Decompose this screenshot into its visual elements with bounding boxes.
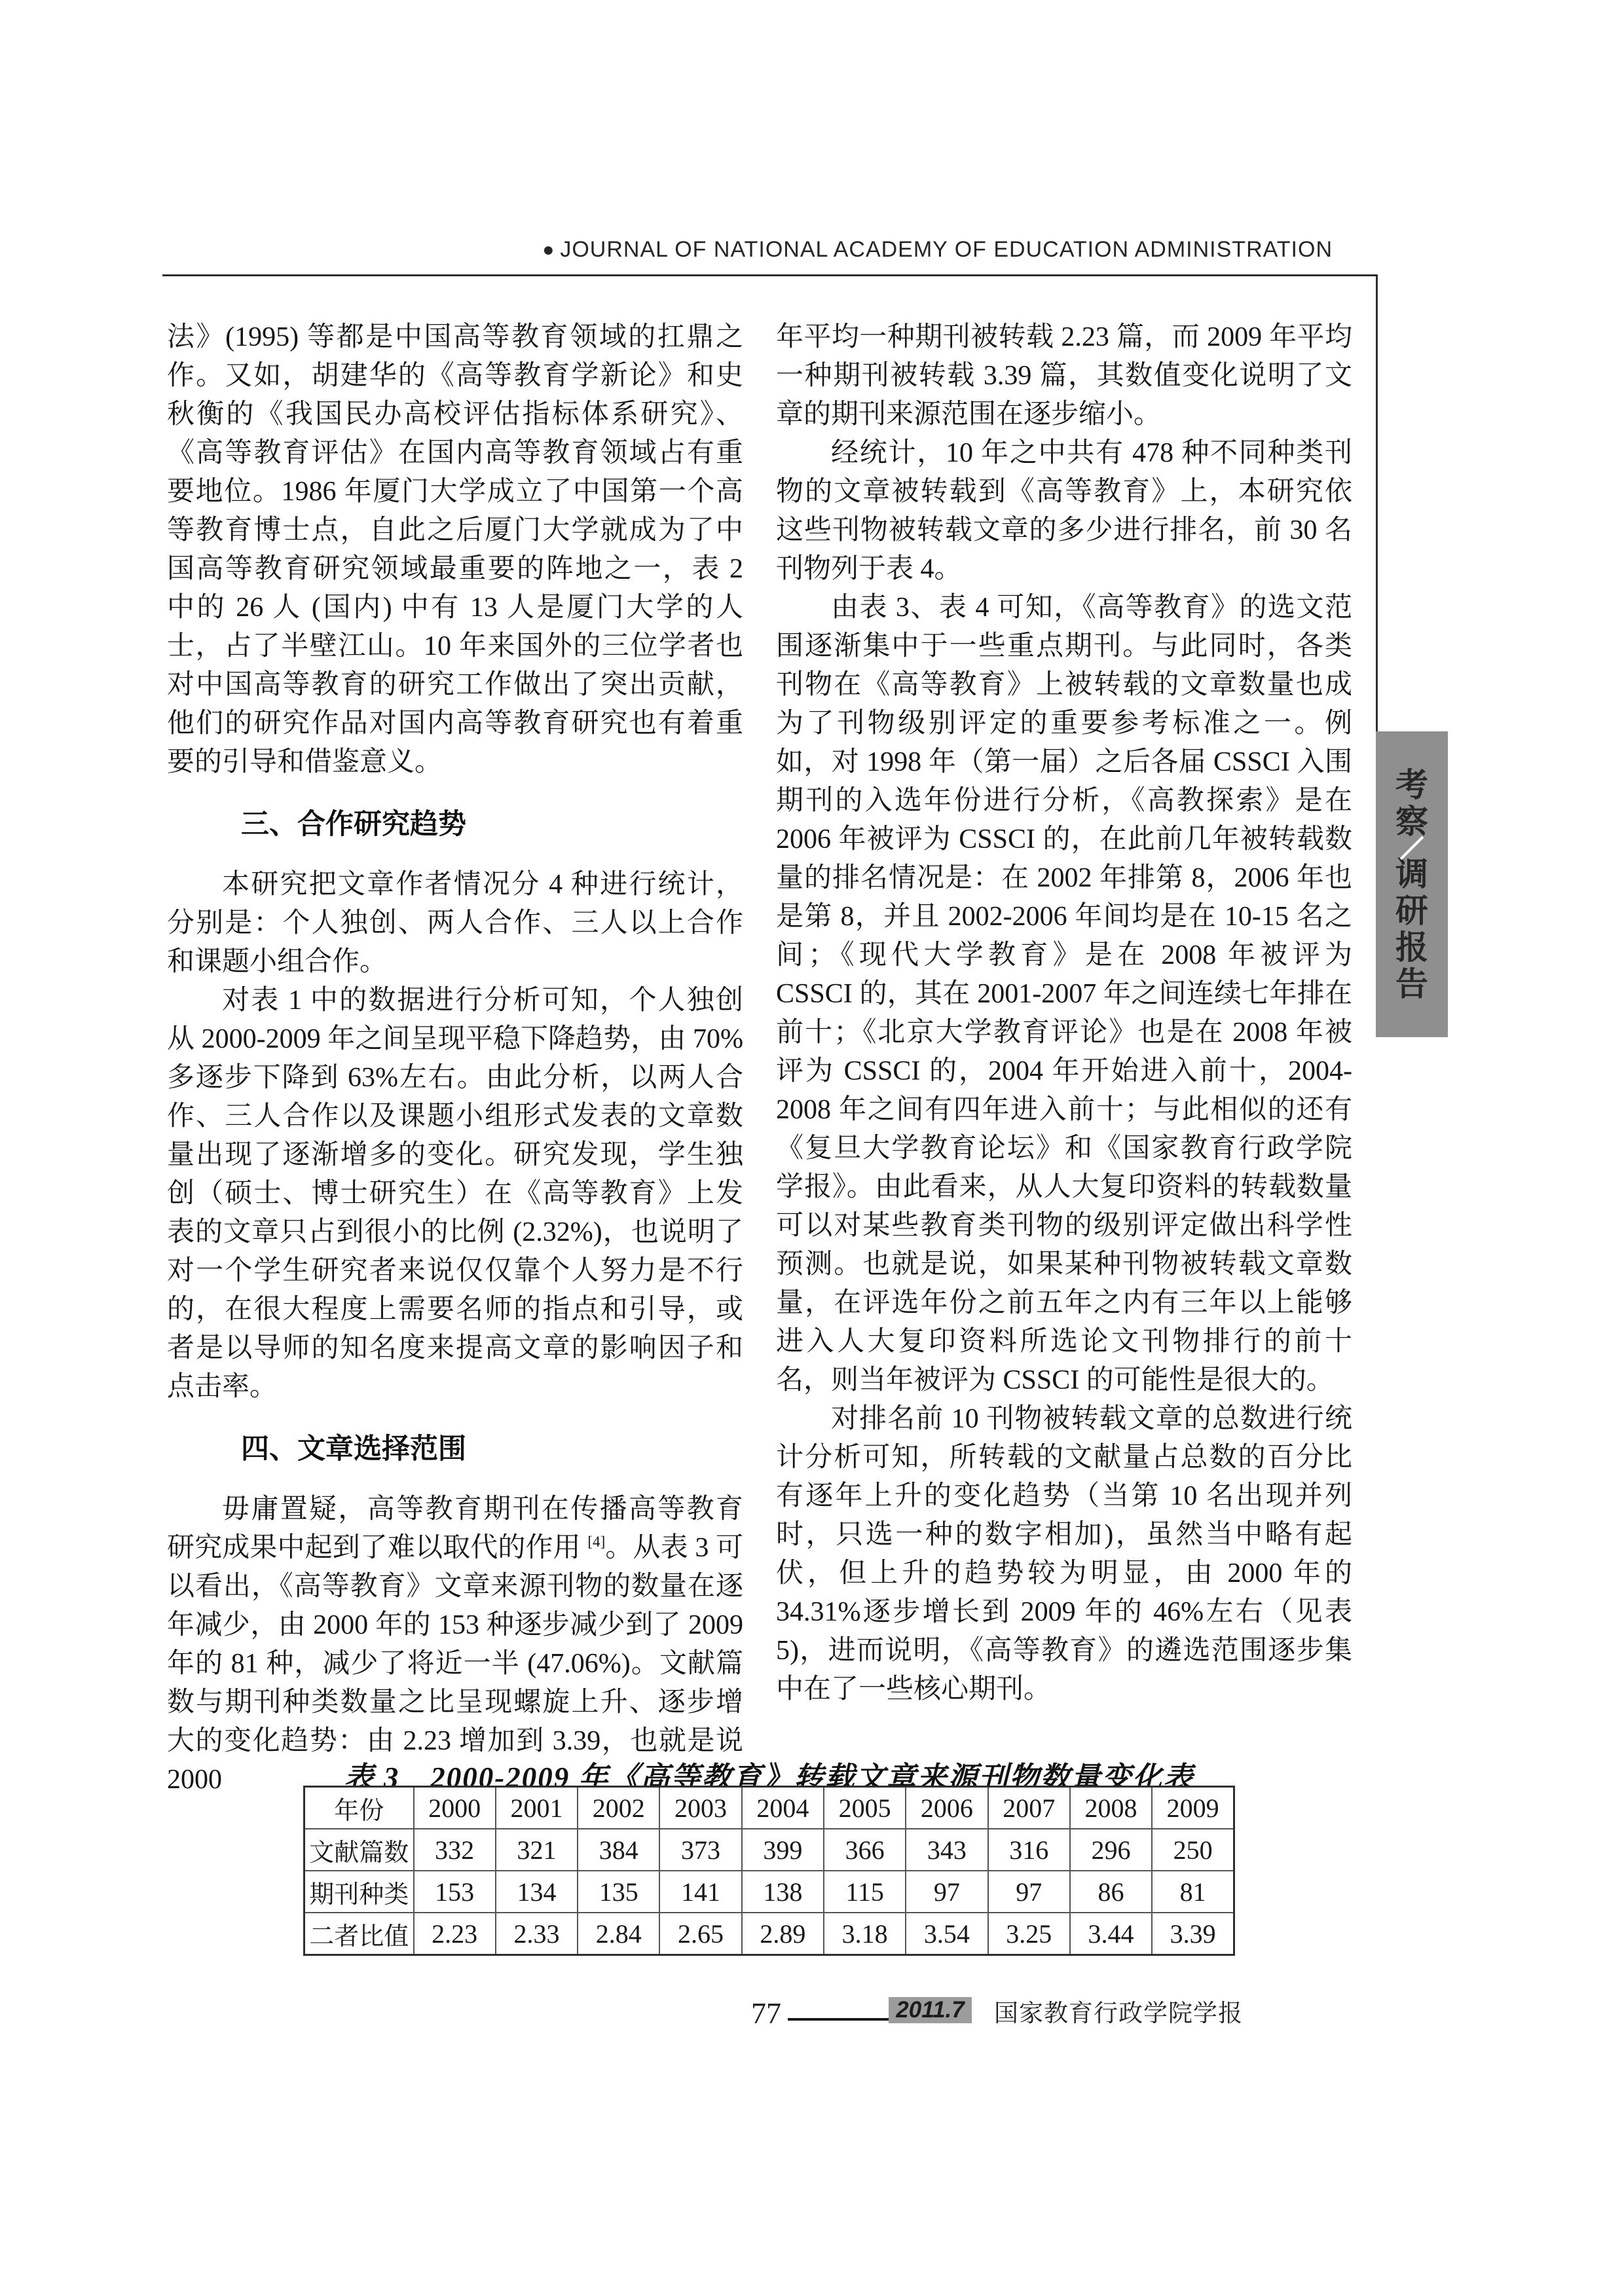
table-cell: 2006 (906, 1787, 987, 1829)
table-cell: 2004 (742, 1787, 824, 1829)
table-cell: 321 (496, 1829, 578, 1871)
table-row: 文献篇数332321384373399366343316296250 (304, 1829, 1234, 1871)
table-cell: 2008 (1070, 1787, 1152, 1829)
table-row: 期刊种类15313413514113811597978681 (304, 1871, 1234, 1913)
table-cell: 2007 (988, 1787, 1070, 1829)
paragraph: 经统计，10 年之中共有 478 种不同种类刊物的文章被转载到《高等教育》上，本… (776, 434, 1352, 589)
table-cell: 2009 (1152, 1787, 1234, 1829)
paragraph: 对表 1 中的数据进行分析可知，个人独创从 2000-2009 年之间呈现平稳下… (167, 982, 743, 1406)
table-cell: 2000 (414, 1787, 496, 1829)
table-cell: 81 (1152, 1871, 1234, 1913)
section-heading: 四、文章选择范围 (167, 1430, 743, 1469)
table-cell: 2.65 (659, 1913, 741, 1955)
table-cell: 2.89 (742, 1913, 824, 1955)
footnote-ref: [4] (587, 1533, 605, 1550)
issue-label: 2011.7 (896, 1997, 964, 2023)
table-row: 二者比值2.232.332.842.652.893.183.543.253.44… (304, 1913, 1234, 1955)
table-cell: 3.25 (988, 1913, 1070, 1955)
table-cell: 86 (1070, 1871, 1152, 1913)
table-cell: 373 (659, 1829, 741, 1871)
paragraph: 法》(1995) 等都是中国高等教育领域的扛鼎之作。又如，胡建华的《高等教育学新… (167, 318, 743, 782)
table-cell: 3.54 (906, 1913, 987, 1955)
table-cell: 135 (578, 1871, 659, 1913)
table-cell: 2002 (578, 1787, 659, 1829)
table-cell: 2.33 (496, 1913, 578, 1955)
row-label: 期刊种类 (304, 1871, 414, 1913)
header-rule (162, 274, 1378, 276)
table-cell: 2.84 (578, 1913, 659, 1955)
bullet-icon: ● (542, 240, 555, 260)
table-cell: 2.23 (414, 1913, 496, 1955)
right-column: 年平均一种期刊被转载 2.23 篇，而 2009 年平均一种期刊被转载 3.39… (776, 318, 1352, 1709)
paragraph: 年平均一种期刊被转载 2.23 篇，而 2009 年平均一种期刊被转载 3.39… (776, 318, 1352, 434)
table-cell: 384 (578, 1829, 659, 1871)
row-label: 文献篇数 (304, 1829, 414, 1871)
table-cell: 2005 (824, 1787, 906, 1829)
table-cell: 138 (742, 1871, 824, 1913)
table-cell: 141 (659, 1871, 741, 1913)
row-label: 年份 (304, 1787, 414, 1829)
section-tab-char: 察 (1395, 803, 1428, 840)
section-tab-char: 调 (1395, 856, 1428, 892)
table-cell: 343 (906, 1829, 987, 1871)
left-column: 法》(1995) 等都是中国高等教育领域的扛鼎之作。又如，胡建华的《高等教育学新… (167, 318, 743, 1799)
table-cell: 115 (824, 1871, 906, 1913)
section-tab-char: 告 (1395, 966, 1428, 1002)
table-cell: 3.18 (824, 1913, 906, 1955)
section-tab-char: 报 (1395, 929, 1428, 966)
table-cell: 2003 (659, 1787, 741, 1829)
table-cell: 97 (988, 1871, 1070, 1913)
footer-journal-name: 国家教育行政学院学报 (994, 1993, 1243, 2029)
journal-running-title: JOURNAL OF NATIONAL ACADEMY OF EDUCATION… (560, 237, 1333, 263)
paragraph: 由表 3、表 4 可知，《高等教育》的选文范围逐渐集中于一些重点期刊。与此同时，… (776, 589, 1352, 1400)
issue-badge: 2011.7 (889, 1997, 972, 2023)
table-cell: 366 (824, 1829, 906, 1871)
page-number: 77 (751, 1996, 781, 2030)
table-cell: 3.39 (1152, 1913, 1234, 1955)
table-cell: 2001 (496, 1787, 578, 1829)
table3: 年份20002001200220032004200520062007200820… (303, 1786, 1235, 1956)
table-cell: 153 (414, 1871, 496, 1913)
table-cell: 97 (906, 1871, 987, 1913)
section-tab-char: 研 (1395, 892, 1428, 929)
table-cell: 316 (988, 1829, 1070, 1871)
section-tab: 考察调研报告 (1376, 731, 1448, 1037)
table-cell: 296 (1070, 1829, 1152, 1871)
table-cell: 134 (496, 1871, 578, 1913)
table-cell: 332 (414, 1829, 496, 1871)
table-cell: 250 (1152, 1829, 1234, 1871)
section-heading: 三、合作研究趋势 (167, 805, 743, 844)
row-label: 二者比值 (304, 1913, 414, 1955)
section-tab-char: 考 (1395, 767, 1428, 803)
paragraph: 本研究把文章作者情况分 4 种进行统计，分别是：个人独创、两人合作、三人以上合作… (167, 866, 743, 982)
sidebar-rule (1376, 274, 1378, 733)
paragraph: 对排名前 10 刊物被转载文章的总数进行统计分析可知，所转载的文献量占总数的百分… (776, 1400, 1352, 1709)
footer-rule (788, 2018, 889, 2021)
page-header: ● JOURNAL OF NATIONAL ACADEMY OF EDUCATI… (542, 237, 1333, 263)
table-row: 年份20002001200220032004200520062007200820… (304, 1787, 1234, 1829)
journal-page: ● JOURNAL OF NATIONAL ACADEMY OF EDUCATI… (0, 0, 1624, 2295)
table-cell: 3.44 (1070, 1913, 1152, 1955)
table-cell: 399 (742, 1829, 824, 1871)
